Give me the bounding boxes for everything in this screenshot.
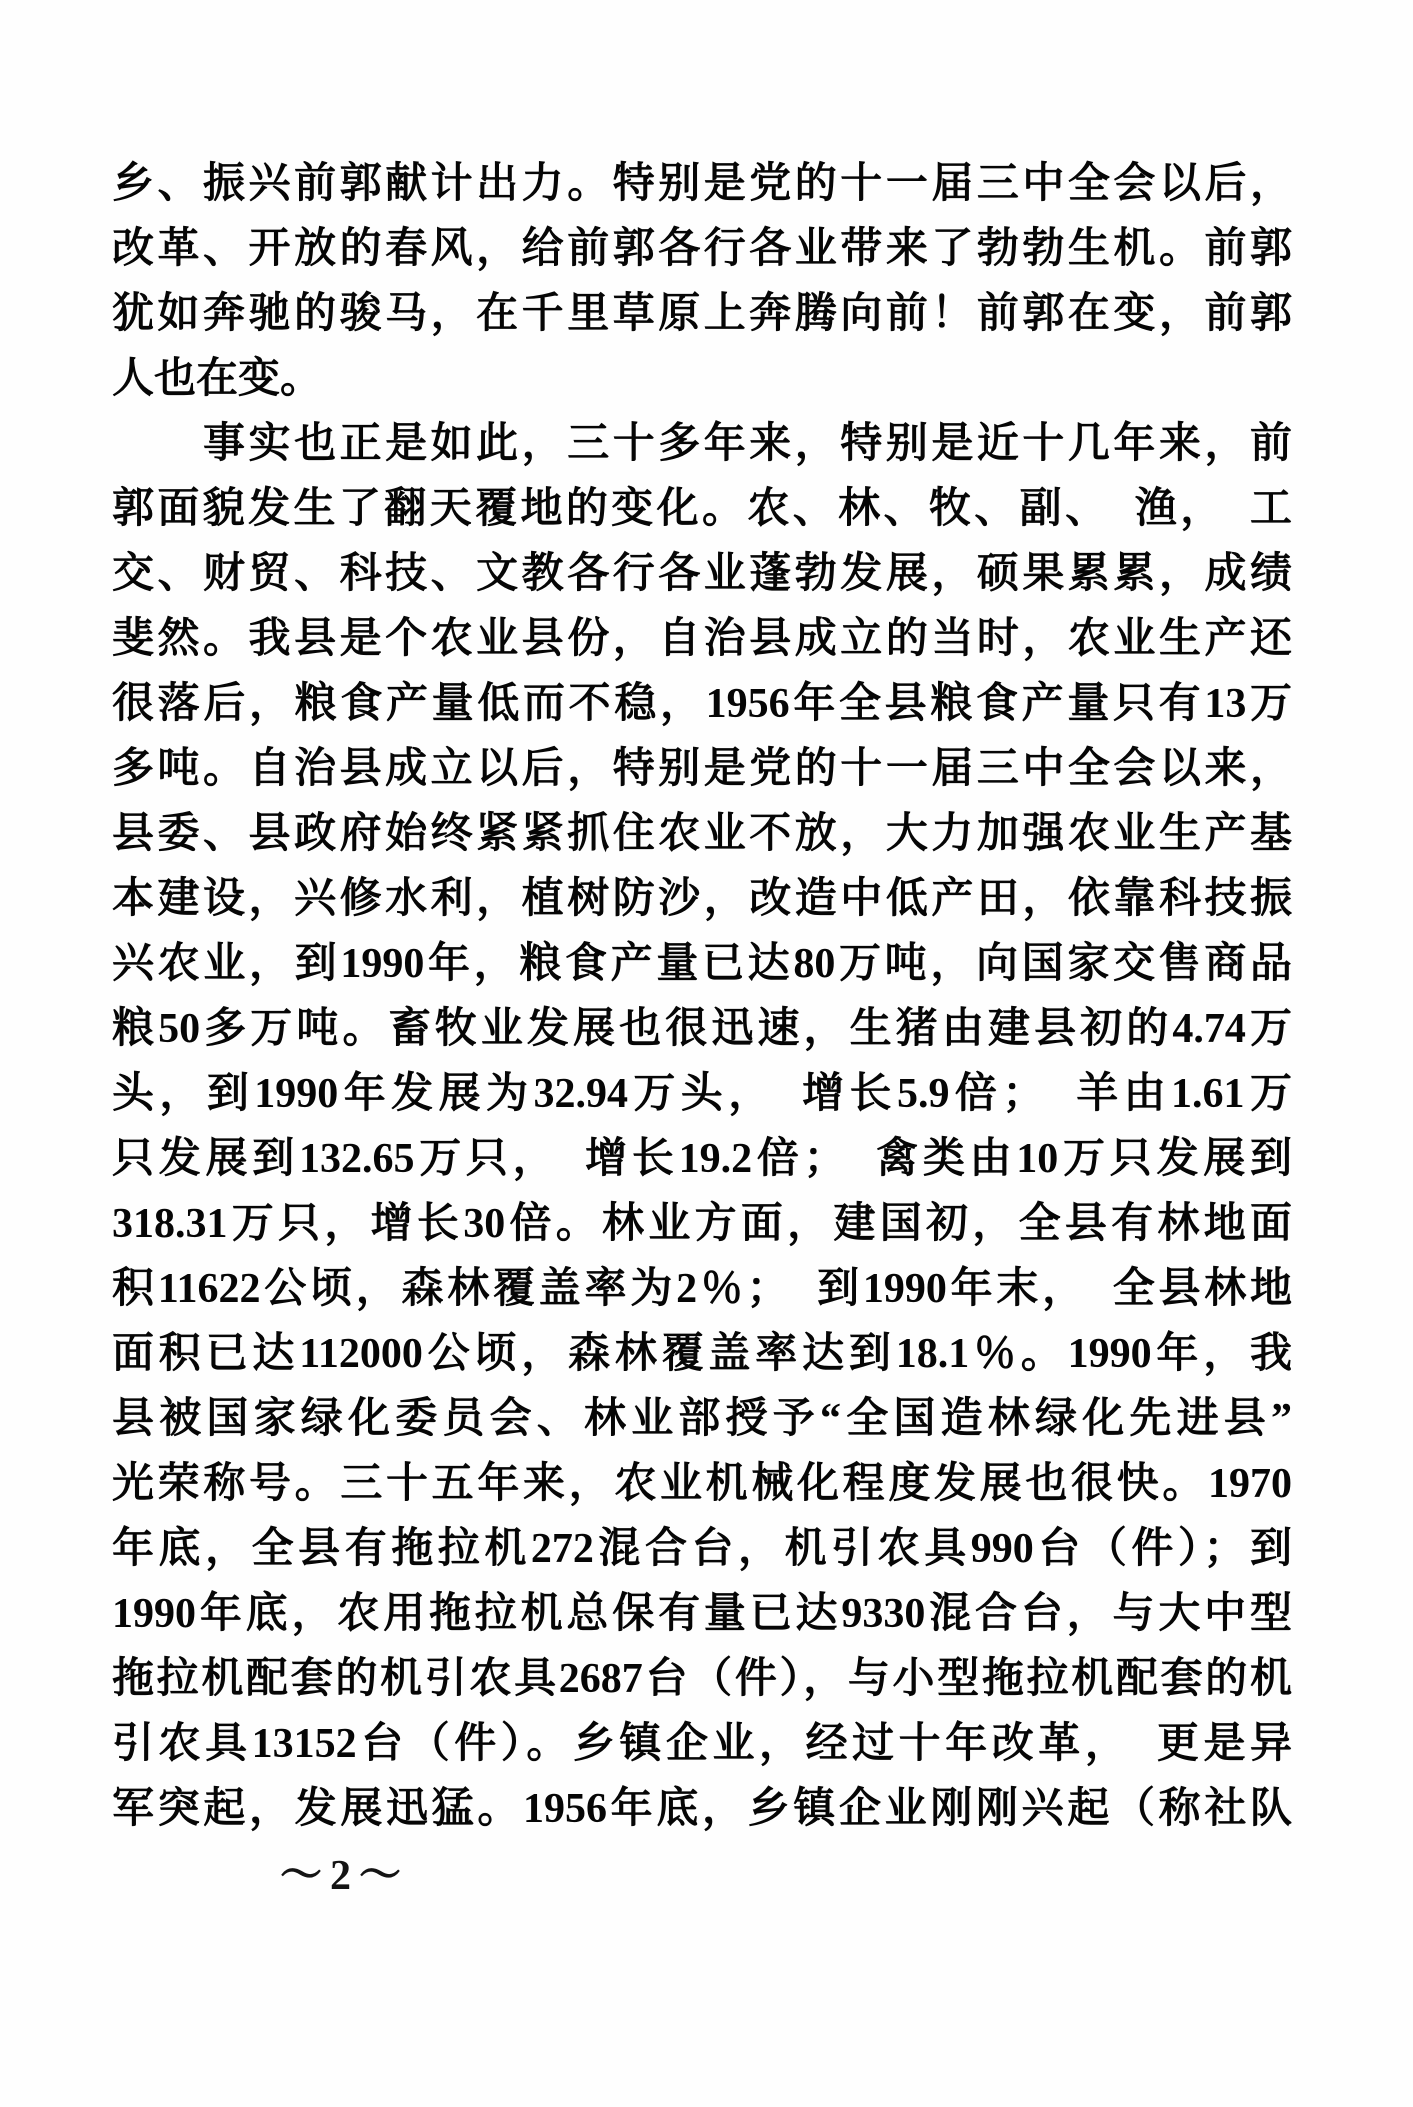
text-line: 1990年底，农用拖拉机总保有量已达9330混合台，与大中型 [112, 1582, 1292, 1647]
text-line: 郭面貌发生了翻天覆地的变化。农、林、牧、副、 渔， 工 [112, 477, 1292, 542]
text-line: 乡、振兴前郭献计出力。特别是党的十一届三中全会以后， [112, 152, 1292, 217]
page-number: ～2～ [280, 1842, 409, 1902]
text-line: 面积已达112000公顷，森林覆盖率达到18.1％。1990年，我 [112, 1322, 1292, 1387]
text-line: 拖拉机配套的机引农具2687台（件），与小型拖拉机配套的机 [112, 1647, 1292, 1712]
text-line: 积11622公顷，森林覆盖率为2％； 到1990年末， 全县林地 [112, 1257, 1292, 1322]
text-line: 光荣称号。三十五年来，农业机械化程度发展也很快。1970 [112, 1452, 1292, 1517]
text-line: 318.31万只，增长30倍。林业方面，建国初，全县有林地面 [112, 1192, 1292, 1257]
page-body-text: 乡、振兴前郭献计出力。特别是党的十一届三中全会以后， 改革、开放的春风，给前郭各… [112, 152, 1292, 1842]
text-line: 本建设，兴修水利，植树防沙，改造中低产田，依靠科技振 [112, 867, 1292, 932]
text-line: 人也在变。 [112, 347, 1292, 412]
text-line: 粮50多万吨。畜牧业发展也很迅速，生猪由建县初的4.74万 [112, 997, 1292, 1062]
scanned-page: 乡、振兴前郭献计出力。特别是党的十一届三中全会以后， 改革、开放的春风，给前郭各… [0, 0, 1413, 2107]
text-line: 只发展到132.65万只， 增长19.2倍； 禽类由10万只发展到 [112, 1127, 1292, 1192]
text-line: 头，到1990年发展为32.94万头， 增长5.9倍； 羊由1.61万 [112, 1062, 1292, 1127]
text-line: 县被国家绿化委员会、林业部授予“全国造林绿化先进县” [112, 1387, 1292, 1452]
text-line: 很落后，粮食产量低而不稳，1956年全县粮食产量只有13万 [112, 672, 1292, 737]
text-line: 改革、开放的春风，给前郭各行各业带来了勃勃生机。前郭 [112, 217, 1292, 282]
text-line: 军突起，发展迅猛。1956年底，乡镇企业刚刚兴起（称社队 [112, 1777, 1292, 1842]
text-line: 引农具13152台（件）。乡镇企业，经过十年改革， 更是异 [112, 1712, 1292, 1777]
text-line: 兴农业，到1990年，粮食产量已达80万吨，向国家交售商品 [112, 932, 1292, 997]
text-line: 县委、县政府始终紧紧抓住农业不放，大力加强农业生产基 [112, 802, 1292, 867]
text-line: 多吨。自治县成立以后，特别是党的十一届三中全会以来， [112, 737, 1292, 802]
text-line: 斐然。我县是个农业县份，自治县成立的当时，农业生产还 [112, 607, 1292, 672]
text-line: 犹如奔驰的骏马，在千里草原上奔腾向前！前郭在变，前郭 [112, 282, 1292, 347]
text-line: 年底，全县有拖拉机272混合台，机引农具990台（件）；到 [112, 1517, 1292, 1582]
text-line: 事实也正是如此，三十多年来，特别是近十几年来，前 [112, 412, 1292, 477]
text-line: 交、财贸、科技、文教各行各业蓬勃发展，硕果累累，成绩 [112, 542, 1292, 607]
